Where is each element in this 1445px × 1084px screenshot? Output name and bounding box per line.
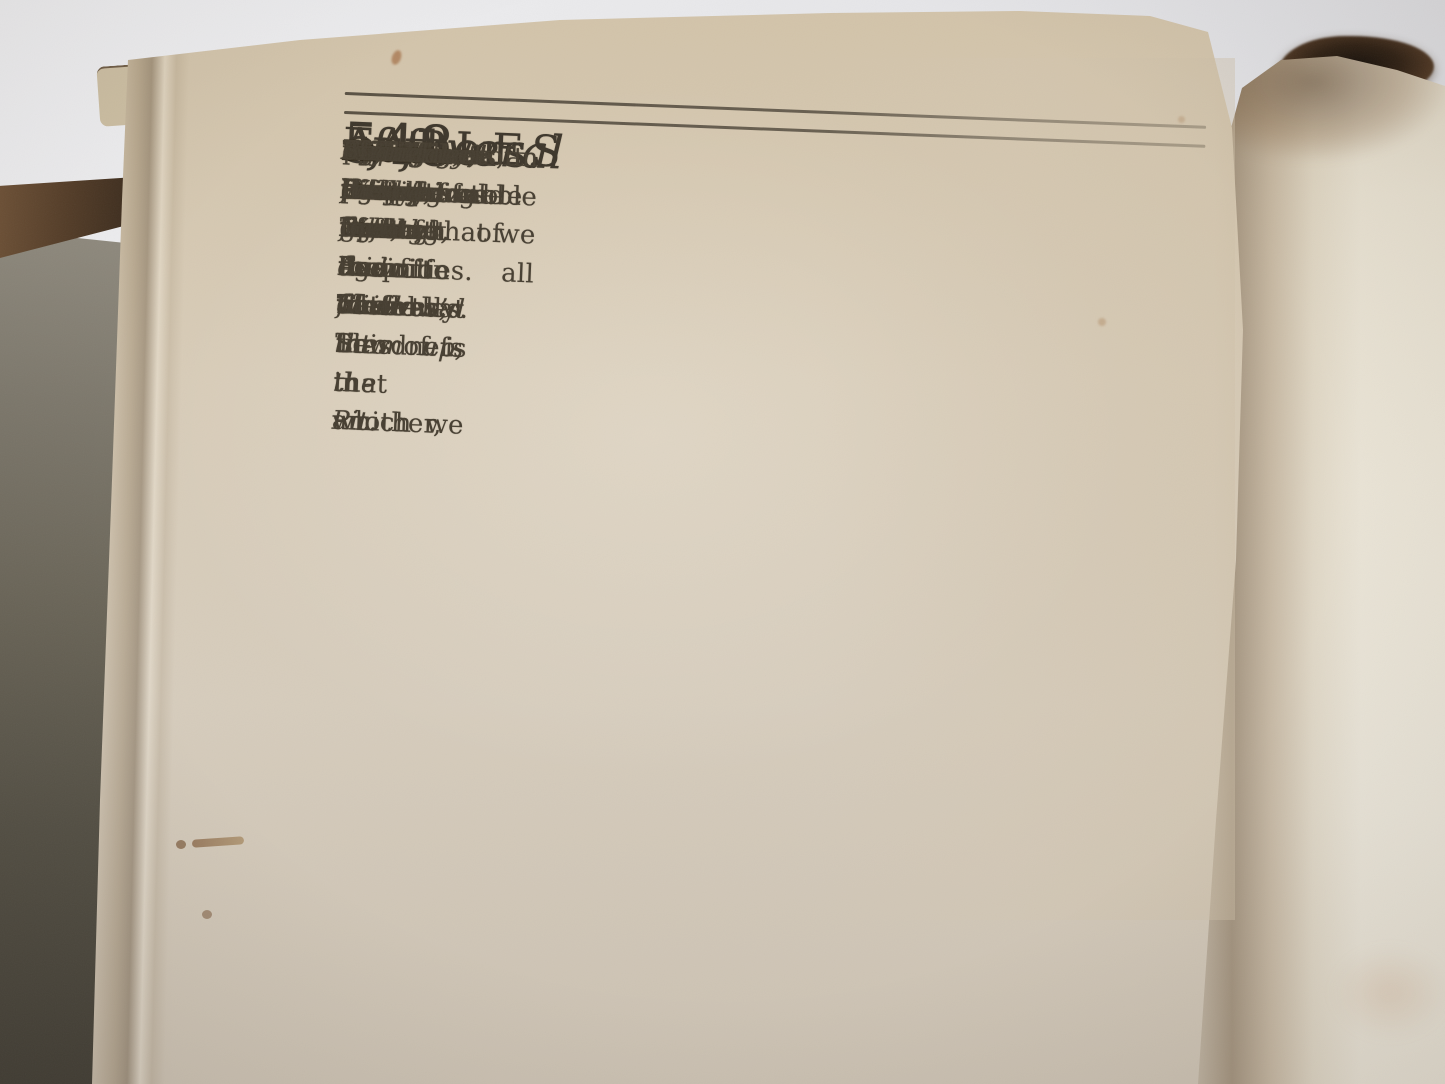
foxing-spot [1098,318,1106,326]
wormhole-dot [202,910,212,919]
wormhole-mark [192,836,244,848]
wormhole-dot [176,840,186,849]
text-segment: of it. [340,132,371,210]
foxing-spot [390,49,404,66]
book-photo: 548 FABLES of ſeveral Authors. open’d he… [0,0,1445,1084]
faint-stain [1330,945,1445,1040]
